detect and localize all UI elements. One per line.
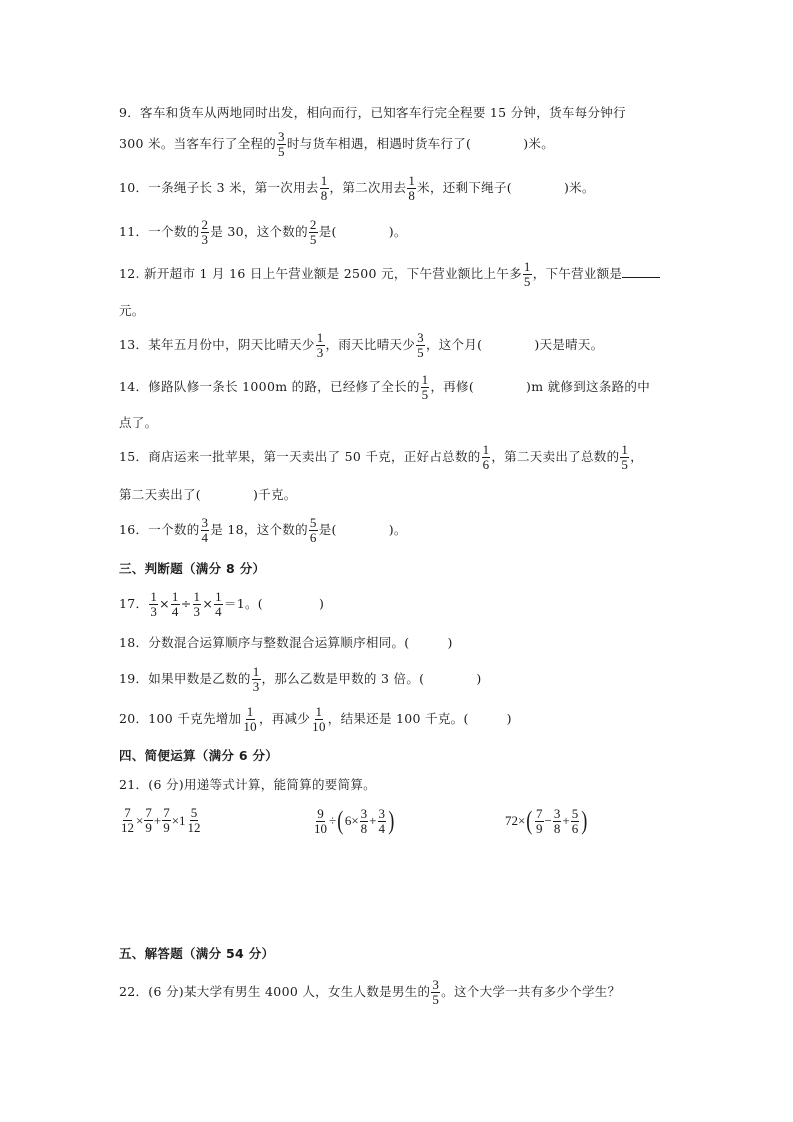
fraction: 34: [201, 516, 210, 545]
question-text: 元。: [119, 303, 145, 318]
question-text: 是 30，这个数的: [210, 224, 308, 239]
numerator: 7: [144, 806, 153, 821]
section-title: 四、简便运算（满分 6 分）: [119, 748, 278, 763]
numerator: 3: [201, 516, 210, 531]
numerator: 3: [431, 978, 440, 993]
question-14-line-1: 14．修路队修一条长 1000m 的路，已经修了全长的15，再修()m 就修到这…: [119, 373, 650, 402]
numerator: 7: [535, 807, 544, 822]
section-3-heading: 三、判断题（满分 8 分）: [119, 561, 265, 577]
question-12-line-1: 12. 新开超市 1 月 16 日上午营业额是 2500 元，下午营业额比上午多…: [119, 260, 660, 289]
question-text: ，第二天卖出了总数的: [491, 449, 619, 464]
denominator: 10: [242, 720, 258, 734]
question-text: ，再修(: [430, 379, 474, 394]
fraction: 14: [171, 590, 180, 619]
denominator: 9: [144, 821, 153, 835]
numerator: 1: [421, 373, 430, 388]
denominator: 9: [162, 821, 171, 835]
question-text: ): [319, 596, 324, 611]
question-22: 22．(6 分)某大学有男生 4000 人，女生人数是男生的35。这个大学一共有…: [119, 978, 620, 1007]
question-text: ): [507, 711, 512, 726]
question-text: )。: [389, 522, 407, 537]
left-paren: (: [337, 806, 343, 836]
question-text: 14．修路队修一条长 1000m 的路，已经修了全长的: [119, 379, 420, 394]
numerator: 1: [149, 590, 158, 605]
question-text: 22．(6 分)某大学有男生 4000 人，女生人数是男生的: [119, 984, 430, 999]
question-text: ): [476, 671, 481, 686]
numerator: 2: [201, 218, 210, 233]
fraction: 15: [421, 373, 430, 402]
denominator: 5: [421, 388, 430, 402]
denominator: 10: [313, 822, 328, 836]
fraction: 35: [431, 978, 440, 1007]
operator: ×1: [172, 813, 186, 829]
question-text: ，下午营业额是: [533, 266, 623, 281]
question-text: 9．客车和货车从两地同时出发，相向而行，已知客车行完全程要 15 分钟，货车每分…: [119, 105, 626, 120]
numerator: 1: [193, 590, 202, 605]
fraction: 56: [571, 807, 580, 836]
fraction: 13: [193, 590, 202, 619]
denominator: 8: [553, 822, 562, 836]
operator: ×: [159, 596, 170, 611]
question-text: ，结果还是 100 千克。(: [328, 711, 469, 726]
question-15-line-1: 15．商店运来一批苹果，第一天卖出了 50 千克，正好占总数的16，第二天卖出了…: [119, 443, 643, 472]
numerator: 7: [123, 806, 132, 821]
question-9-line-1: 9．客车和货车从两地同时出发，相向而行，已知客车行完全程要 15 分钟，货车每分…: [119, 105, 626, 121]
operator: ×: [202, 596, 213, 611]
question-text: )千克。: [253, 487, 297, 502]
fraction: 25: [309, 218, 318, 247]
denominator: 3: [316, 346, 325, 360]
denominator: 8: [320, 189, 329, 203]
denominator: 5: [431, 993, 440, 1007]
question-text: 点了。: [119, 415, 157, 430]
operator: +: [154, 813, 161, 829]
question-16: 16．一个数的34是 18，这个数的56是()。: [119, 516, 407, 545]
numerator: 3: [553, 807, 562, 822]
question-text: 时与货车相遇，相遇时货车行了(: [287, 136, 471, 151]
numerator: 1: [246, 705, 255, 720]
question-text: )。: [389, 224, 407, 239]
question-text: 13．某年五月份中，阴天比晴天少: [119, 337, 315, 352]
left-paren: (: [527, 806, 533, 836]
numerator: 1: [407, 174, 416, 189]
question-text: 20．100 千克先增加: [119, 711, 241, 726]
fraction: 14: [214, 590, 223, 619]
fraction: 56: [309, 516, 318, 545]
denominator: 4: [201, 531, 210, 545]
denominator: 6: [482, 458, 491, 472]
question-19: 19．如果甲数是乙数的13，那么乙数是甲数的 3 倍。(): [119, 665, 482, 694]
question-18: 18．分数混合运算顺序与整数混合运算顺序相同。(): [119, 635, 453, 651]
question-15-line-2: 第二天卖出了()千克。: [119, 487, 297, 503]
fraction: 512: [187, 806, 202, 835]
expression-1: 712×79+79×1512: [119, 806, 203, 835]
numerator: 3: [378, 807, 387, 822]
fraction: 15: [523, 260, 532, 289]
numerator: 1: [171, 590, 180, 605]
numerator: 1: [316, 331, 325, 346]
fraction: 13: [316, 331, 325, 360]
question-13: 13．某年五月份中，阴天比晴天少13，雨天比晴天少35，这个月()天是晴天。: [119, 331, 604, 360]
question-text: 。这个大学一共有多少个学生？: [441, 984, 620, 999]
question-11: 11．一个数的23是 30，这个数的25是()。: [119, 218, 407, 247]
fraction: 79: [162, 806, 171, 835]
right-paren: ): [582, 806, 588, 836]
question-text: 15．商店运来一批苹果，第一天卖出了 50 千克，正好占总数的: [119, 449, 481, 464]
fraction: 23: [201, 218, 210, 247]
numerator: 3: [360, 807, 369, 822]
answer-underline-blank[interactable]: [622, 265, 660, 278]
question-text: 是 18，这个数的: [210, 522, 308, 537]
numerator: 1: [320, 174, 329, 189]
question-text: 300 米。当客车行了全程的: [119, 136, 276, 151]
question-21: 21．(6 分)用递等式计算，能简算的要简算。: [119, 777, 376, 793]
numerator: 2: [309, 218, 318, 233]
denominator: 8: [407, 189, 416, 203]
fraction: 38: [553, 807, 562, 836]
question-text: ，雨天比晴天少: [326, 337, 416, 352]
numerator: 5: [190, 806, 199, 821]
denominator: 10: [311, 720, 327, 734]
operator: −: [545, 813, 552, 829]
question-20: 20．100 千克先增加110，再减少110，结果还是 100 千克。(): [119, 705, 512, 734]
denominator: 5: [523, 275, 532, 289]
right-paren: ): [388, 806, 394, 836]
numerator: 5: [309, 516, 318, 531]
denominator: 5: [309, 233, 318, 247]
fraction: 110: [242, 705, 258, 734]
question-text: 米，还剩下绳子(: [417, 180, 512, 195]
question-text: ，: [630, 449, 643, 464]
question-14-line-2: 点了。: [119, 415, 157, 431]
denominator: 12: [187, 821, 202, 835]
question-number: 17．: [119, 596, 148, 611]
question-text: 11．一个数的: [119, 224, 200, 239]
question-text: )米。: [564, 180, 595, 195]
question-text: )m 就修到这条路的中: [526, 379, 650, 394]
numerator: 1: [482, 443, 491, 458]
numerator: 1: [523, 260, 532, 275]
denominator: 3: [193, 605, 202, 619]
question-text: 21．(6 分)用递等式计算，能简算的要简算。: [119, 777, 376, 792]
fraction: 15: [620, 443, 629, 472]
denominator: 9: [535, 822, 544, 836]
fraction: 16: [482, 443, 491, 472]
denominator: 8: [360, 822, 369, 836]
question-text: ，第二次用去: [330, 180, 407, 195]
numerator: 1: [214, 590, 223, 605]
question-text: 16．一个数的: [119, 522, 200, 537]
denominator: 5: [277, 145, 286, 159]
section-5-heading: 五、解答题（满分 54 分）: [119, 946, 274, 962]
fraction: 110: [311, 705, 327, 734]
fraction: 712: [120, 806, 135, 835]
denominator: 3: [149, 605, 158, 619]
fraction: 18: [407, 174, 416, 203]
denominator: 4: [171, 605, 180, 619]
question-text: 12. 新开超市 1 月 16 日上午营业额是 2500 元，下午营业额比上午多: [119, 266, 522, 281]
section-4-heading: 四、简便运算（满分 6 分）: [119, 748, 278, 764]
section-title: 五、解答题（满分 54 分）: [119, 946, 274, 961]
fraction: 79: [144, 806, 153, 835]
numerator: 1: [620, 443, 629, 458]
denominator: 3: [252, 680, 261, 694]
question-text: 18．分数混合运算顺序与整数混合运算顺序相同。(: [119, 635, 409, 650]
denominator: 4: [214, 605, 223, 619]
fraction: 35: [277, 130, 286, 159]
question-text: ): [447, 635, 452, 650]
question-12-line-2: 元。: [119, 303, 145, 319]
question-text: 10．一条绳子长 3 米，第一次用去: [119, 180, 319, 195]
question-text: ，再减少: [259, 711, 310, 726]
fraction: 34: [378, 807, 387, 836]
question-text: 第二天卖出了(: [119, 487, 201, 502]
expression-text: 6×: [345, 813, 359, 829]
numerator: 7: [162, 806, 171, 821]
fraction: 38: [360, 807, 369, 836]
operator: +: [369, 813, 376, 829]
denominator: 6: [571, 822, 580, 836]
question-10: 10．一条绳子长 3 米，第一次用去18，第二次用去18米，还剩下绳子()米。: [119, 174, 595, 203]
denominator: 5: [620, 458, 629, 472]
question-17: 17．13×14÷13×14＝1。(): [119, 590, 324, 619]
expression-2: 910÷(6×38+34): [312, 806, 396, 836]
denominator: 3: [201, 233, 210, 247]
operator: ÷: [181, 596, 192, 611]
operator: ×: [136, 813, 143, 829]
operator: ÷: [329, 813, 336, 829]
fraction: 35: [416, 331, 425, 360]
numerator: 1: [252, 665, 261, 680]
expression-text: 72×: [505, 813, 525, 829]
numerator: 1: [315, 705, 324, 720]
question-text: ，那么乙数是甲数的 3 倍。(: [262, 671, 425, 686]
numerator: 9: [316, 807, 325, 822]
fraction: 79: [535, 807, 544, 836]
question-text: ＝1。(: [224, 596, 263, 611]
fraction: 18: [320, 174, 329, 203]
question-text: )天是晴天。: [534, 337, 603, 352]
denominator: 6: [309, 531, 318, 545]
section-title: 三、判断题（满分 8 分）: [119, 561, 265, 576]
question-text: 19．如果甲数是乙数的: [119, 671, 251, 686]
denominator: 4: [378, 822, 387, 836]
question-text: ，这个月(: [426, 337, 482, 352]
fraction: 910: [313, 807, 328, 836]
numerator: 5: [571, 807, 580, 822]
fraction: 13: [252, 665, 261, 694]
expression-3: 72×(79−38+56): [505, 806, 589, 836]
numerator: 3: [277, 130, 286, 145]
denominator: 12: [120, 821, 135, 835]
question-text: )米。: [523, 136, 554, 151]
numerator: 3: [416, 331, 425, 346]
question-text: 是(: [319, 522, 337, 537]
question-9-line-2: 300 米。当客车行了全程的35时与货车相遇，相遇时货车行了()米。: [119, 130, 554, 159]
fraction: 13: [149, 590, 158, 619]
denominator: 5: [416, 346, 425, 360]
operator: +: [562, 813, 569, 829]
question-text: 是(: [319, 224, 337, 239]
